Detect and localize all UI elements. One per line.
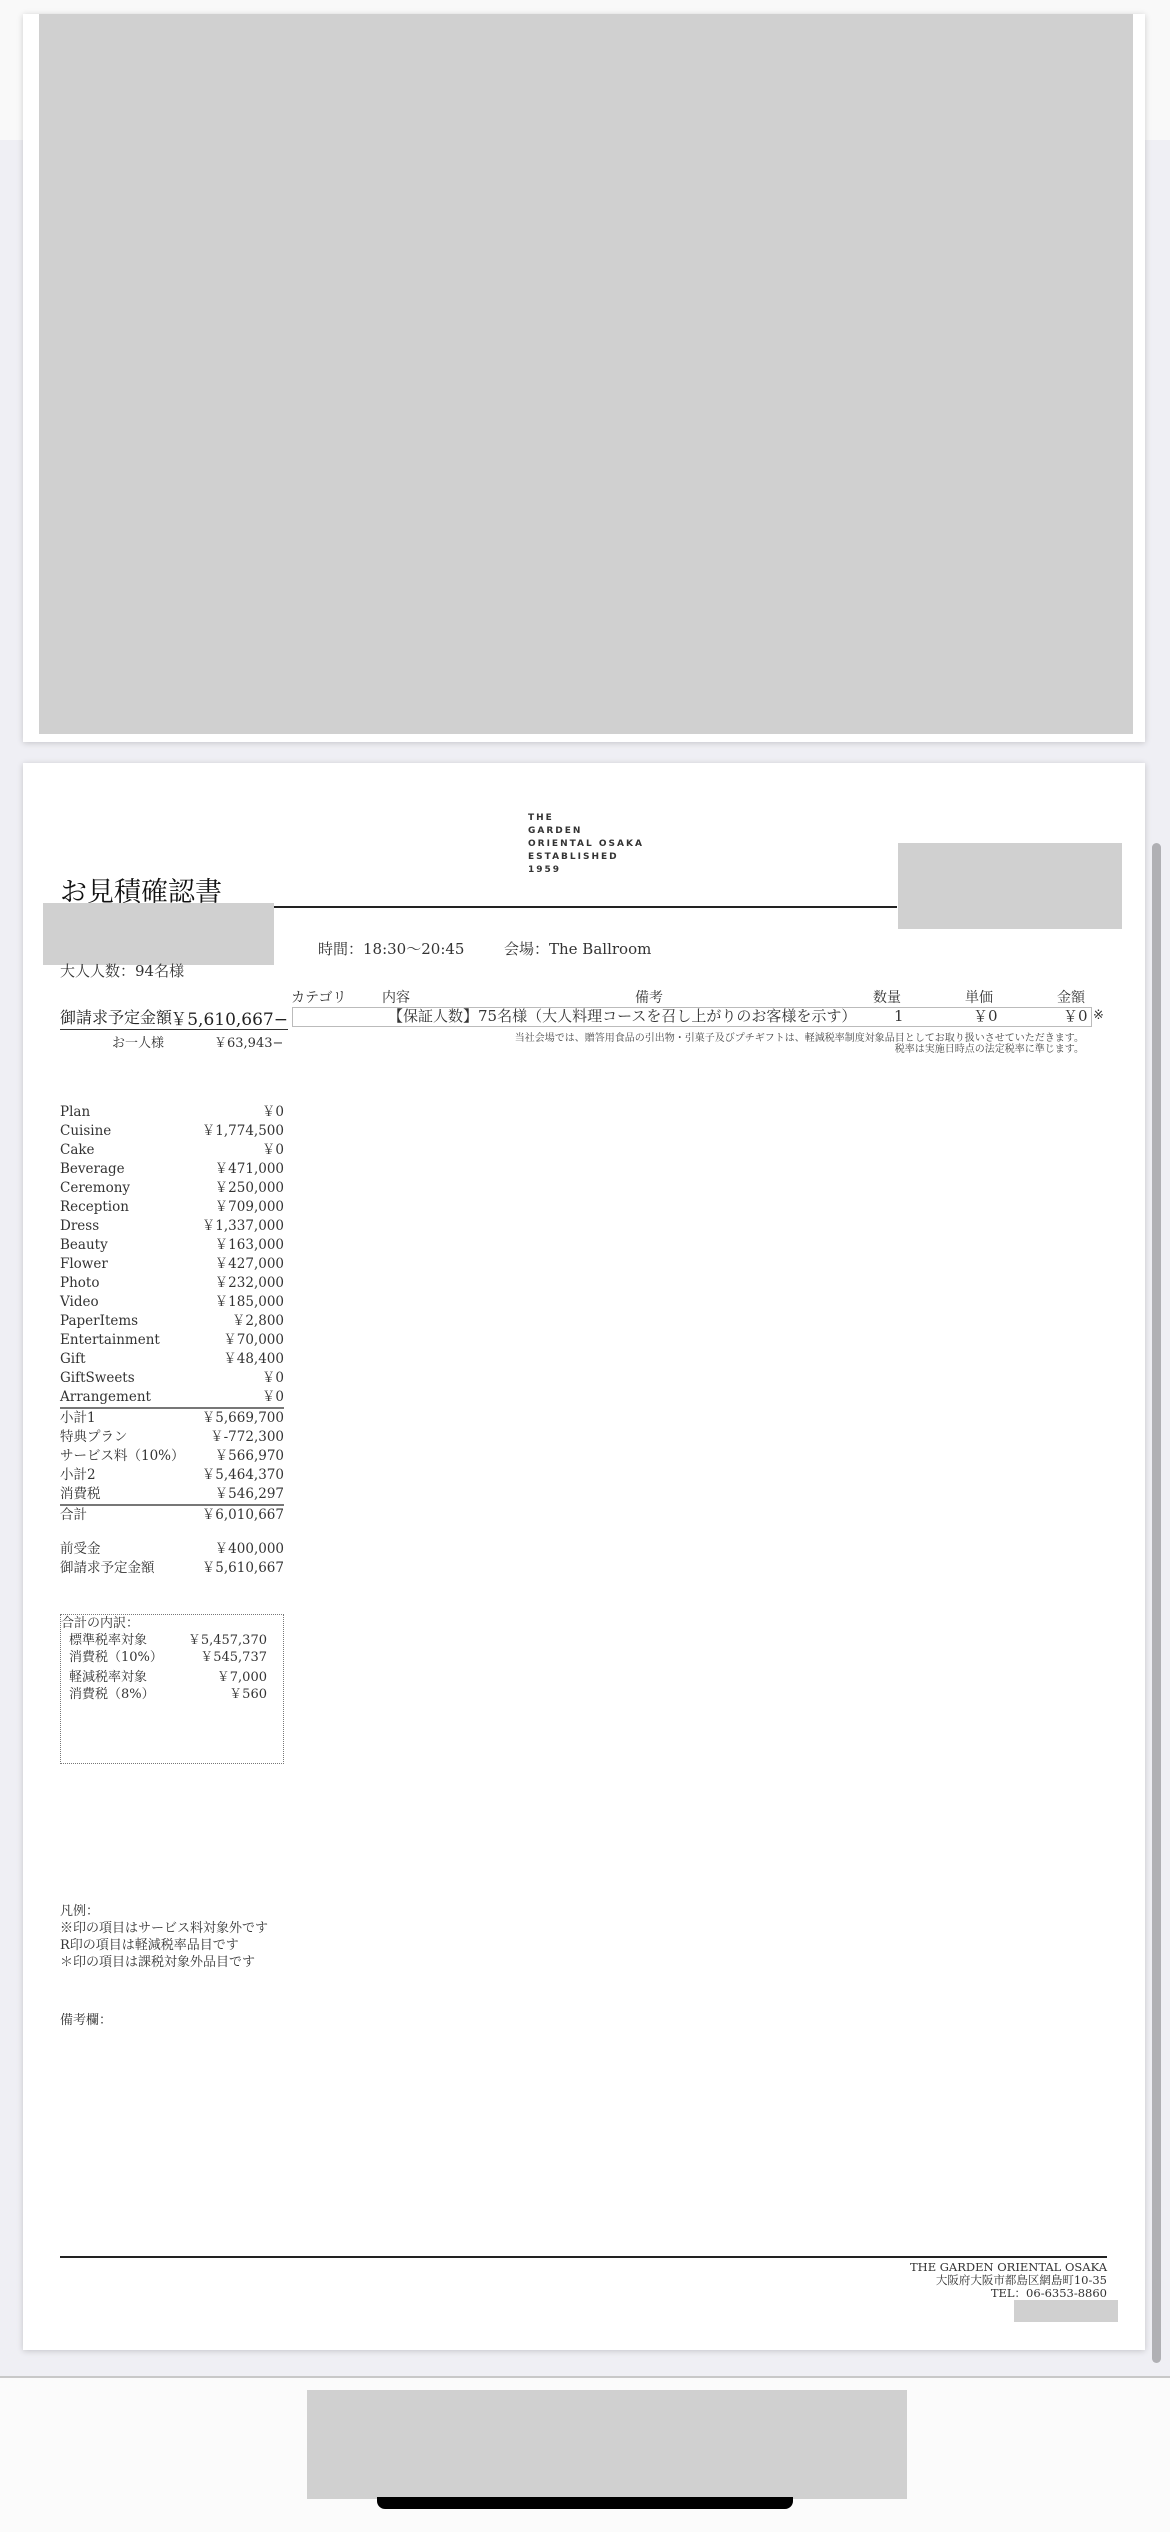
- list-item: Photo￥232,000: [60, 1274, 284, 1293]
- total-item: 消費税￥546,297: [60, 1485, 284, 1506]
- item-label: 軽減税率対象: [69, 1670, 147, 1685]
- item-label: 合計: [60, 1507, 87, 1523]
- item-value: ￥2,800: [232, 1312, 284, 1331]
- col-header-quantity: 数量: [873, 987, 901, 1007]
- item-value: ￥-772,300: [210, 1428, 284, 1447]
- scrollbar[interactable]: [1152, 843, 1161, 2363]
- item-label: 小計1: [60, 1410, 96, 1426]
- item-label: Gift: [60, 1351, 86, 1367]
- total-item: 小計2￥5,464,370: [60, 1466, 284, 1485]
- item-value: ￥471,000: [215, 1160, 284, 1179]
- total-item: サービス料（10%）￥566,970: [60, 1447, 284, 1466]
- row-unit-price: ￥0: [973, 1007, 998, 1025]
- list-item: Entertainment￥70,000: [60, 1331, 284, 1350]
- logo-line: THE: [528, 812, 644, 825]
- item-value: ￥560: [229, 1686, 267, 1703]
- footer-tel: TEL：06-6353-8860: [910, 2287, 1107, 2300]
- billing-label: 御請求予定金額: [60, 1008, 172, 1027]
- legend-title: 凡例：: [60, 1903, 268, 1920]
- item-label: Beauty: [60, 1237, 108, 1253]
- venue-logo: THE GARDEN ORIENTAL OSAKA ESTABLISHED 19…: [528, 812, 644, 877]
- item-label: 消費税: [60, 1486, 101, 1502]
- tax-breakdown-box: 合計の内訳： 標準税率対象￥5,457,370 消費税（10%）￥545,737…: [60, 1614, 284, 1764]
- list-item: Gift￥48,400: [60, 1350, 284, 1369]
- payment-item: 前受金￥400,000: [60, 1540, 284, 1559]
- legend-line: R印の項目は軽減税率品目です: [60, 1937, 268, 1954]
- item-label: Dress: [60, 1218, 99, 1234]
- breakdown-item: 標準税率対象￥5,457,370: [61, 1632, 283, 1649]
- breakdown-title: 合計の内訳：: [61, 1615, 283, 1632]
- row-service-mark: ※: [1093, 1007, 1104, 1025]
- per-person-amount: ￥63,943−: [214, 1032, 283, 1051]
- footer-divider: [60, 2256, 1107, 2258]
- item-value: ￥70,000: [223, 1331, 284, 1350]
- item-value: ￥0: [262, 1369, 284, 1388]
- payment-item: 御請求予定金額￥5,610,667: [60, 1559, 284, 1578]
- grand-total: 合計￥6,010,667: [60, 1506, 284, 1525]
- row-content: 【保証人数】75名様（大人料理コースを召し上がりのお客様を示す）: [388, 1007, 856, 1025]
- list-item: GiftSweets￥0: [60, 1369, 284, 1388]
- breakdown-item: 消費税（10%）￥545,737: [61, 1649, 283, 1666]
- col-header-unit-price: 単価: [965, 987, 993, 1007]
- per-person-label: お一人様: [112, 1032, 164, 1051]
- list-item: Cuisine￥1,774,500: [60, 1122, 284, 1141]
- event-time: 時間：18:30～20:45: [318, 938, 464, 959]
- item-label: Arrangement: [60, 1389, 151, 1405]
- adult-count: 大人人数：94名様: [60, 960, 184, 981]
- item-value: ￥546,297: [215, 1485, 284, 1504]
- list-item: Dress￥1,337,000: [60, 1217, 284, 1236]
- list-item: Plan￥0: [60, 1103, 284, 1122]
- item-value: ￥163,000: [215, 1236, 284, 1255]
- item-label: 御請求予定金額: [60, 1560, 155, 1576]
- item-label: Plan: [60, 1104, 90, 1120]
- breakdown-item: 軽減税率対象￥7,000: [61, 1669, 283, 1686]
- item-label: Cuisine: [60, 1123, 111, 1139]
- list-item: Arrangement￥0: [60, 1388, 284, 1409]
- item-value: ￥5,457,370: [188, 1632, 267, 1649]
- item-label: 特典プラン: [60, 1429, 128, 1445]
- row-quantity: 1: [894, 1007, 904, 1025]
- tax-note-2: 税率は実施日時点の法定税率に準じます。: [895, 1043, 1084, 1056]
- item-value: ￥250,000: [215, 1179, 284, 1198]
- item-label: 小計2: [60, 1467, 96, 1483]
- item-value: ￥232,000: [215, 1274, 284, 1293]
- item-value: ￥709,000: [215, 1198, 284, 1217]
- legend-line: ※印の項目はサービス料対象外です: [60, 1920, 268, 1937]
- item-label: Flower: [60, 1256, 108, 1272]
- item-value: ￥5,669,700: [202, 1409, 284, 1428]
- item-value: ￥400,000: [215, 1540, 284, 1559]
- col-header-category: カテゴリ: [291, 987, 346, 1007]
- breakdown-item: 消費税（8%）￥560: [61, 1686, 283, 1703]
- redacted-page-content: [39, 14, 1133, 734]
- logo-line: ORIENTAL OSAKA: [528, 838, 644, 851]
- col-header-amount: 金額: [1057, 987, 1085, 1007]
- item-value: ￥1,774,500: [202, 1122, 284, 1141]
- logo-line: 1959: [528, 864, 644, 877]
- item-label: 消費税（8%）: [69, 1687, 155, 1702]
- item-value: ￥5,610,667: [202, 1559, 284, 1578]
- item-value: ￥185,000: [215, 1293, 284, 1312]
- item-label: Cake: [60, 1142, 95, 1158]
- list-item: Video￥185,000: [60, 1293, 284, 1312]
- item-value: ￥545,737: [200, 1649, 267, 1666]
- payment-list: 前受金￥400,000 御請求予定金額￥5,610,667: [60, 1540, 284, 1578]
- list-item: Flower￥427,000: [60, 1255, 284, 1274]
- item-value: ￥566,970: [215, 1447, 284, 1466]
- item-label: PaperItems: [60, 1313, 138, 1329]
- item-value: ￥0: [262, 1103, 284, 1122]
- item-label: Photo: [60, 1275, 99, 1291]
- item-value: ￥0: [262, 1141, 284, 1160]
- legend-line: ＊印の項目は課税対象外品目です: [60, 1954, 268, 1971]
- list-item: Beauty￥163,000: [60, 1236, 284, 1255]
- venue-contact: THE GARDEN ORIENTAL OSAKA 大阪府大阪市都島区網島町10…: [910, 2261, 1107, 2300]
- item-label: 消費税（10%）: [69, 1650, 163, 1665]
- col-header-content: 内容: [382, 987, 410, 1007]
- home-indicator[interactable]: [377, 2497, 793, 2509]
- item-label: Ceremony: [60, 1180, 130, 1196]
- list-item: PaperItems￥2,800: [60, 1312, 284, 1331]
- list-item: Ceremony￥250,000: [60, 1179, 284, 1198]
- item-value: ￥0: [262, 1388, 284, 1407]
- item-label: Beverage: [60, 1161, 125, 1177]
- redacted-client-name: [43, 903, 274, 965]
- list-item: Cake￥0: [60, 1141, 284, 1160]
- item-label: サービス料（10%）: [60, 1448, 185, 1464]
- item-value: ￥5,464,370: [202, 1466, 284, 1485]
- list-item: Reception￥709,000: [60, 1198, 284, 1217]
- item-label: GiftSweets: [60, 1370, 135, 1386]
- item-value: ￥48,400: [223, 1350, 284, 1369]
- item-label: 標準税率対象: [69, 1633, 147, 1648]
- item-value: ￥427,000: [215, 1255, 284, 1274]
- billing-amount: ￥5,610,667−: [170, 1005, 288, 1030]
- event-venue: 会場：The Ballroom: [504, 938, 651, 959]
- redacted-footer-info: [1014, 2300, 1118, 2322]
- row-amount: ￥0: [1063, 1007, 1088, 1025]
- col-header-remarks: 備考: [635, 987, 663, 1007]
- category-list: Plan￥0 Cuisine￥1,774,500 Cake￥0 Beverage…: [60, 1103, 284, 1525]
- legend: 凡例： ※印の項目はサービス料対象外です R印の項目は軽減税率品目です ＊印の項…: [60, 1903, 268, 1971]
- logo-line: GARDEN: [528, 825, 644, 838]
- billing-amount-row: 御請求予定金額 ￥5,610,667−: [60, 1005, 288, 1030]
- item-value: ￥7,000: [217, 1669, 267, 1686]
- logo-line: ESTABLISHED: [528, 851, 644, 864]
- total-item: 特典プラン￥-772,300: [60, 1428, 284, 1447]
- item-label: Video: [60, 1294, 99, 1310]
- list-item: Beverage￥471,000: [60, 1160, 284, 1179]
- remarks-label: 備考欄：: [60, 2009, 112, 2028]
- item-value: ￥6,010,667: [202, 1506, 284, 1525]
- item-label: Entertainment: [60, 1332, 160, 1348]
- redacted-bottom-control: [307, 2390, 907, 2499]
- item-label: Reception: [60, 1199, 129, 1215]
- redacted-stamp: [898, 843, 1122, 929]
- item-value: ￥1,337,000: [202, 1217, 284, 1236]
- total-item: 小計1￥5,669,700: [60, 1409, 284, 1428]
- item-label: 前受金: [60, 1541, 101, 1557]
